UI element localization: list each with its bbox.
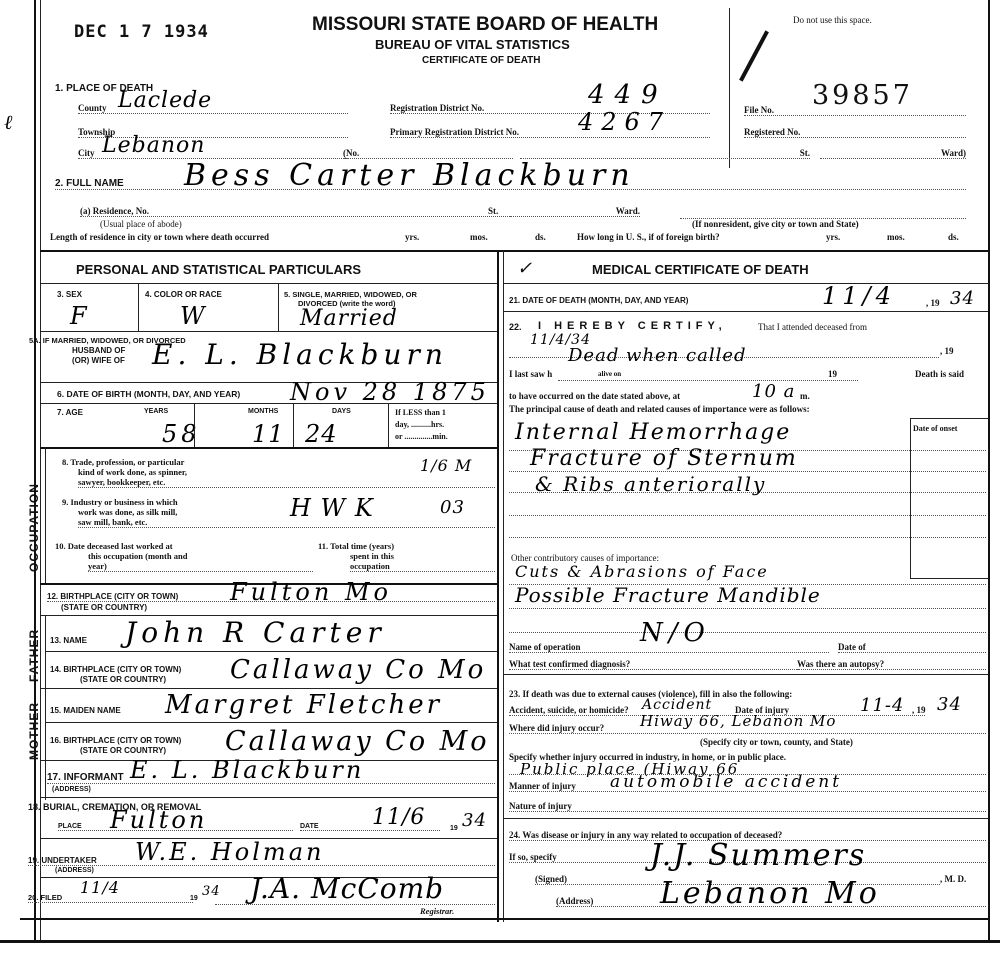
column-divider — [497, 250, 499, 922]
industry-label-1: 9. Industry or business in which — [62, 497, 178, 507]
last-saw-alive: alive on — [598, 370, 621, 378]
length-yrs: yrs. — [405, 232, 419, 242]
mother-name-label: 15. MAIDEN NAME — [50, 706, 121, 715]
rule — [40, 331, 497, 332]
nonresident-field — [680, 206, 966, 219]
age-label: 7. AGE — [57, 408, 83, 417]
full-name-value: Bess Carter Blackburn — [184, 158, 635, 193]
foreign-mos: mos. — [887, 232, 905, 242]
trade-code: 1/6 M — [420, 456, 472, 475]
injury-date-value: 11-4 — [860, 695, 904, 716]
divider — [293, 403, 294, 447]
less-than-label-1: If LESS than 1 — [395, 408, 446, 417]
principal-cause-label: The principal cause of death and related… — [509, 404, 810, 414]
rule — [503, 311, 988, 312]
trade-label-1: 8. Trade, profession, or particular — [62, 457, 184, 467]
certify-number: 22. — [509, 322, 522, 332]
rule — [40, 447, 497, 449]
divider — [45, 615, 46, 800]
cause-3: & Ribs anteriorally — [535, 472, 766, 496]
father-name-value: John R Carter — [125, 616, 386, 649]
rule — [20, 918, 497, 920]
rule — [40, 688, 497, 689]
length-mos: mos. — [470, 232, 488, 242]
received-stamp: DEC 1 7 1934 — [74, 22, 209, 42]
foreign-yrs: yrs. — [826, 232, 840, 242]
check-mark-icon: ✓ — [517, 258, 532, 279]
form-right-border — [988, 0, 990, 940]
divider — [278, 283, 279, 331]
father-birthplace-value: Callaway Co Mo — [230, 655, 486, 685]
death-said-label: Death is said — [915, 369, 964, 379]
father-birth-label-2: (STATE OR COUNTRY) — [80, 675, 166, 684]
rule — [40, 403, 497, 404]
injury-year-value: 34 — [937, 694, 962, 715]
county-value: Laclede — [118, 88, 212, 113]
occurred-label: to have occurred on the date stated abov… — [509, 391, 680, 401]
undertaker-value: W.E. Holman — [135, 838, 324, 866]
rule — [503, 818, 988, 819]
informant-address-label: (ADDRESS) — [52, 786, 91, 793]
length-residence-label: Length of residence in city or town wher… — [50, 232, 269, 242]
manner-value: automobile accident — [610, 772, 842, 792]
total-time-label-2: spent in this — [350, 551, 394, 561]
other-cause-line — [509, 621, 986, 633]
office-space-divider — [729, 8, 730, 168]
filed-year-prefix: 19 — [190, 895, 198, 902]
last-worked-label-1: 10. Date deceased last worked at — [55, 541, 173, 551]
city-value: Lebanon — [102, 133, 205, 158]
father-birth-label-1: 14. BIRTHPLACE (CITY OR TOWN) — [50, 665, 181, 674]
form-subtitle: BUREAU OF VITAL STATISTICS — [375, 37, 570, 52]
industry-field: saw mill, bank, etc. — [78, 517, 495, 528]
where-note: (Specify city or town, county, and State… — [700, 737, 853, 747]
race-label: 4. COLOR OR RACE — [145, 290, 222, 299]
dob-label: 6. DATE OF BIRTH (MONTH, DAY, AND YEAR) — [57, 389, 240, 399]
certify-label: I HEREBY CERTIFY, — [538, 320, 727, 332]
age-months-label: MONTHS — [248, 408, 278, 415]
rule — [45, 722, 497, 723]
office-note: Do not use this space. — [793, 15, 872, 25]
m-label: m. — [800, 391, 810, 401]
last-saw-label: I last saw h — [509, 369, 552, 379]
industry-label-2: work was done, as silk mill, — [78, 507, 177, 517]
physician-signature: J.J. Summers — [650, 838, 866, 873]
reg-district-value: 449 — [588, 80, 668, 110]
form-title: MISSOURI STATE BOARD OF HEALTH — [312, 14, 658, 36]
medical-section-title: MEDICAL CERTIFICATE OF DEATH — [592, 262, 809, 277]
age-years-label: YEARS — [144, 408, 168, 415]
foreign-birth-label: How long in U. S., if of foreign birth? — [577, 232, 720, 242]
sex-value: F — [70, 302, 88, 330]
residence-st-label: St. — [488, 206, 498, 216]
last-worked-field: year) — [88, 561, 313, 572]
less-than-label-3: or ..............min. — [395, 432, 448, 441]
mother-name-value: Margret Fletcher — [165, 690, 442, 720]
age-months-value: 11 — [252, 420, 285, 448]
dod-label: 21. DATE OF DEATH (MONTH, DAY, AND YEAR) — [509, 296, 688, 305]
burial-place-value: Fulton — [110, 806, 207, 834]
age-days-label: DAYS — [332, 408, 351, 415]
check-mark-icon — [739, 30, 769, 81]
spouse-label-2: HUSBAND OF — [72, 346, 125, 355]
test-field: What test confirmed diagnosis? — [509, 659, 799, 670]
rule — [503, 674, 988, 675]
total-time-label-1: 11. Total time (years) — [318, 541, 394, 551]
mother-side-label: MOTHER — [27, 694, 41, 760]
registrar-label: Registrar. — [420, 906, 454, 916]
abode-note: (Usual place of abode) — [100, 219, 182, 229]
injury-year-prefix: , 19 — [912, 705, 926, 715]
autopsy-field: Was there an autopsy? — [797, 659, 986, 670]
dod-year-value: 34 — [950, 288, 975, 309]
residence-field: (a) Residence, No. — [80, 206, 510, 217]
father-side-label: FATHER — [27, 622, 41, 682]
spouse-value: E. L. Blackburn — [152, 338, 448, 371]
residence-ward-field: Ward. — [510, 206, 640, 217]
certify-rest: That I attended deceased from — [758, 322, 867, 332]
informant-value: E. L. Blackburn — [130, 756, 364, 784]
father-name-label: 13. NAME — [50, 636, 87, 645]
personal-section-title: PERSONAL AND STATISTICAL PARTICULARS — [76, 262, 361, 277]
rule — [503, 283, 988, 284]
mother-birth-label-2: (STATE OR COUNTRY) — [80, 746, 166, 755]
column-divider-inner — [503, 250, 504, 922]
trade-field: sawyer, bookkeeper, etc. — [78, 477, 495, 488]
dob-value: Nov 28 1875 — [290, 378, 490, 406]
burial-year-prefix: 19 — [450, 825, 458, 832]
margin-mark: ℓ — [4, 110, 13, 135]
mother-birthplace-value: Callaway Co Mo — [225, 726, 490, 757]
cause-line — [509, 524, 986, 538]
other-cause-1: Cuts & Abrasions of Face — [515, 562, 769, 581]
onset-label: Date of onset — [913, 424, 988, 433]
other-cause-2: Possible Fracture Mandible — [515, 583, 821, 607]
marital-label-1: 5. SINGLE, MARRIED, WIDOWED, OR — [284, 290, 417, 299]
md-label: , M. D. — [940, 874, 966, 884]
birthplace-label-2: (STATE OR COUNTRY) — [61, 603, 147, 612]
date-of-field: Date of — [838, 642, 986, 653]
nature-field: Nature of injury — [509, 801, 986, 812]
cause-2: Fracture of Sternum — [530, 446, 798, 471]
rule — [45, 651, 497, 652]
burial-year-value: 34 — [462, 810, 487, 831]
last-saw-year: 19 — [828, 369, 837, 379]
rule — [40, 797, 497, 798]
cause-1: Internal Hemorrhage — [515, 420, 791, 445]
less-than-label-2: day, ..........hrs. — [395, 420, 444, 429]
foreign-ds: ds. — [948, 232, 959, 242]
sex-label: 3. SEX — [57, 290, 82, 299]
last-worked-label-2: this occupation (month and — [88, 551, 187, 561]
file-no-label: File No. — [744, 105, 966, 116]
total-time-field: occupation — [350, 561, 495, 572]
race-value: W — [180, 302, 206, 330]
registered-no-label: Registered No. — [744, 127, 966, 138]
marital-value: Married — [300, 306, 398, 331]
divider — [194, 403, 195, 447]
length-ds: ds. — [535, 232, 546, 242]
divider — [138, 283, 139, 331]
cause-line — [509, 502, 986, 516]
dod-year-prefix: , 19 — [926, 298, 940, 308]
filed-date-value: 11/4 — [80, 878, 120, 897]
undertaker-address-label: (ADDRESS) — [55, 867, 94, 874]
spouse-label-3: (OR) WIFE OF — [72, 356, 125, 365]
birthplace-value: Fulton Mo — [230, 578, 392, 606]
divider — [388, 403, 389, 447]
dod-value: 11/4 — [822, 282, 896, 310]
industry-code: 03 — [440, 497, 465, 518]
industry-value: H W K — [290, 494, 374, 522]
burial-date-value: 11/6 — [372, 805, 425, 830]
form-name: CERTIFICATE OF DEATH — [422, 55, 541, 66]
primary-reg-district-value: 4267 — [578, 108, 671, 136]
attended-year: , 19 — [940, 346, 954, 356]
rule — [40, 283, 497, 284]
physician-address: Lebanon Mo — [660, 876, 880, 911]
time-value: 10 a — [752, 381, 795, 402]
accident-value: Accident — [642, 697, 712, 713]
mother-birth-label-1: 16. BIRTHPLACE (CITY OR TOWN) — [50, 736, 181, 745]
last-saw-value: Dead when called — [568, 345, 747, 366]
form-bottom-border — [0, 940, 1000, 943]
where-value: Hiway 66, Lebanon Mo — [640, 712, 836, 730]
nonresident-note: (If nonresident, give city or town and S… — [692, 219, 859, 229]
age-days-value: 24 — [305, 420, 338, 448]
trade-label-2: kind of work done, as spinner, — [78, 467, 187, 477]
ward-field: Ward) — [820, 148, 966, 159]
onset-top — [910, 418, 988, 419]
rule — [497, 918, 988, 920]
registrar-signature: J.A. McComb — [250, 872, 444, 905]
operation-value: N/O — [640, 618, 711, 648]
section-top-rule — [40, 250, 988, 252]
divider — [45, 447, 46, 585]
occupation-side-label: OCCUPATION — [27, 462, 41, 572]
